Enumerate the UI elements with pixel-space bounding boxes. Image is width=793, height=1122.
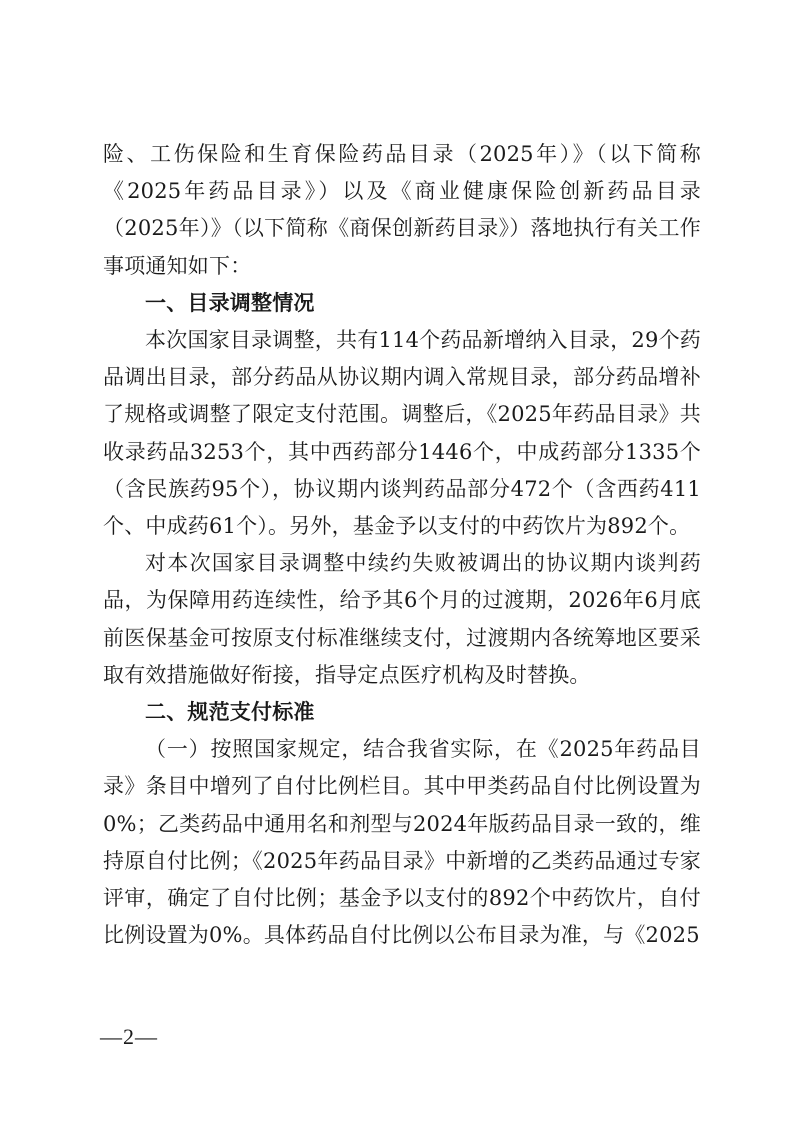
intro-paragraph: 险、工伤保险和生育保险药品目录（2025年）》（以下简称《2025年药品目录》）… — [103, 136, 701, 285]
catalog-adjustment-paragraph: 本次国家目录调整，共有114个药品新增纳入目录，29个药品调出目录，部分药品从协… — [103, 322, 701, 545]
transition-period-paragraph: 对本次国家目录调整中续约失败被调出的协议期内谈判药品，为保障用药连续性，给予其6… — [103, 545, 701, 694]
section-heading-2: 二、规范支付标准 — [103, 694, 701, 731]
page-number: —2— — [100, 1024, 158, 1050]
section-heading-1: 一、目录调整情况 — [103, 285, 701, 322]
document-page: 险、工伤保险和生育保险药品目录（2025年）》（以下简称《2025年药品目录》）… — [0, 0, 793, 1122]
payment-standard-paragraph: （一）按照国家规定，结合我省实际，在《2025年药品目录》条目中增列了自付比例栏… — [103, 731, 701, 954]
document-body: 险、工伤保险和生育保险药品目录（2025年）》（以下简称《2025年药品目录》）… — [103, 136, 701, 954]
